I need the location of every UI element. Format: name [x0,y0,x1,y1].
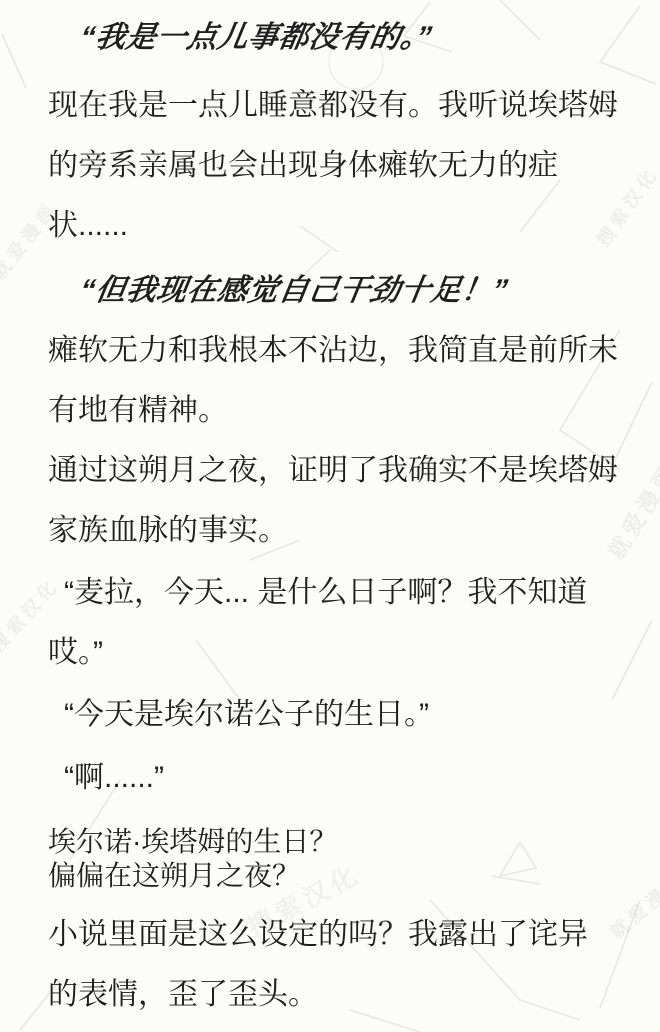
paragraph-thought: 埃尔诺·埃塔姆的生日？ 偏偏在这朔月之夜？ [48,825,626,893]
paragraph-dialogue: “今天是埃尔诺公子的生日。” [48,685,626,745]
text-line: 通过这朔月之夜，证明了我确实不是埃塔姆 [48,441,626,501]
text-line: 小说里面是这么设定的吗？我露出了诧异 [48,905,626,965]
text-line: “啊......” [48,748,626,808]
text-line: “麦拉，今天... 是什么日子啊？我不知道 [48,563,626,623]
paragraph-narration: 通过这朔月之夜，证明了我确实不是埃塔姆 家族血脉的事实。 [48,441,626,561]
paragraph-narration: 小说里面是这么设定的吗？我露出了诧异 的表情，歪了歪头。 [48,905,626,1025]
text-line: 偏偏在这朔月之夜？ [48,859,626,893]
text-line: 状...... [48,196,626,256]
paragraph-dialogue: “啊......” [48,748,626,808]
paragraph-narration: 现在我是一点儿睡意都没有。我听说埃塔姆 的旁系亲属也会出现身体瘫软无力的症 状.… [48,76,626,256]
text-line: “但我现在感觉自己干劲十足！” [48,261,626,321]
novel-text-page: 就爱漫画 搜索汉化 就爱漫画 搜索汉化 就爱漫画 搜索汉化 “我是一点儿事都没有… [0,0,660,1032]
text-line: 瘫软无力和我根本不沾边，我简直是前所未 [48,321,626,381]
text-line: 有地有精神。 [48,381,626,441]
paragraph-narration: 瘫软无力和我根本不沾边，我简直是前所未 有地有精神。 [48,321,626,441]
paragraph-quote-italic: “但我现在感觉自己干劲十足！” [48,261,626,321]
text-line: 现在我是一点儿睡意都没有。我听说埃塔姆 [48,76,626,136]
text-line: 埃尔诺·埃塔姆的生日？ [48,825,626,859]
paragraph-quote-italic: “我是一点儿事都没有的。” [48,8,626,68]
text-line: “今天是埃尔诺公子的生日。” [48,685,626,745]
text-line: 家族血脉的事实。 [48,501,626,561]
text-line: 的表情，歪了歪头。 [48,965,626,1025]
paragraph-dialogue: “麦拉，今天... 是什么日子啊？我不知道 哎。” [48,563,626,683]
text-line: 哎。” [48,623,626,683]
novel-text-content: “我是一点儿事都没有的。” 现在我是一点儿睡意都没有。我听说埃塔姆 的旁系亲属也… [0,8,660,1025]
text-line: 的旁系亲属也会出现身体瘫软无力的症 [48,136,626,196]
text-line: “我是一点儿事都没有的。” [48,8,626,68]
